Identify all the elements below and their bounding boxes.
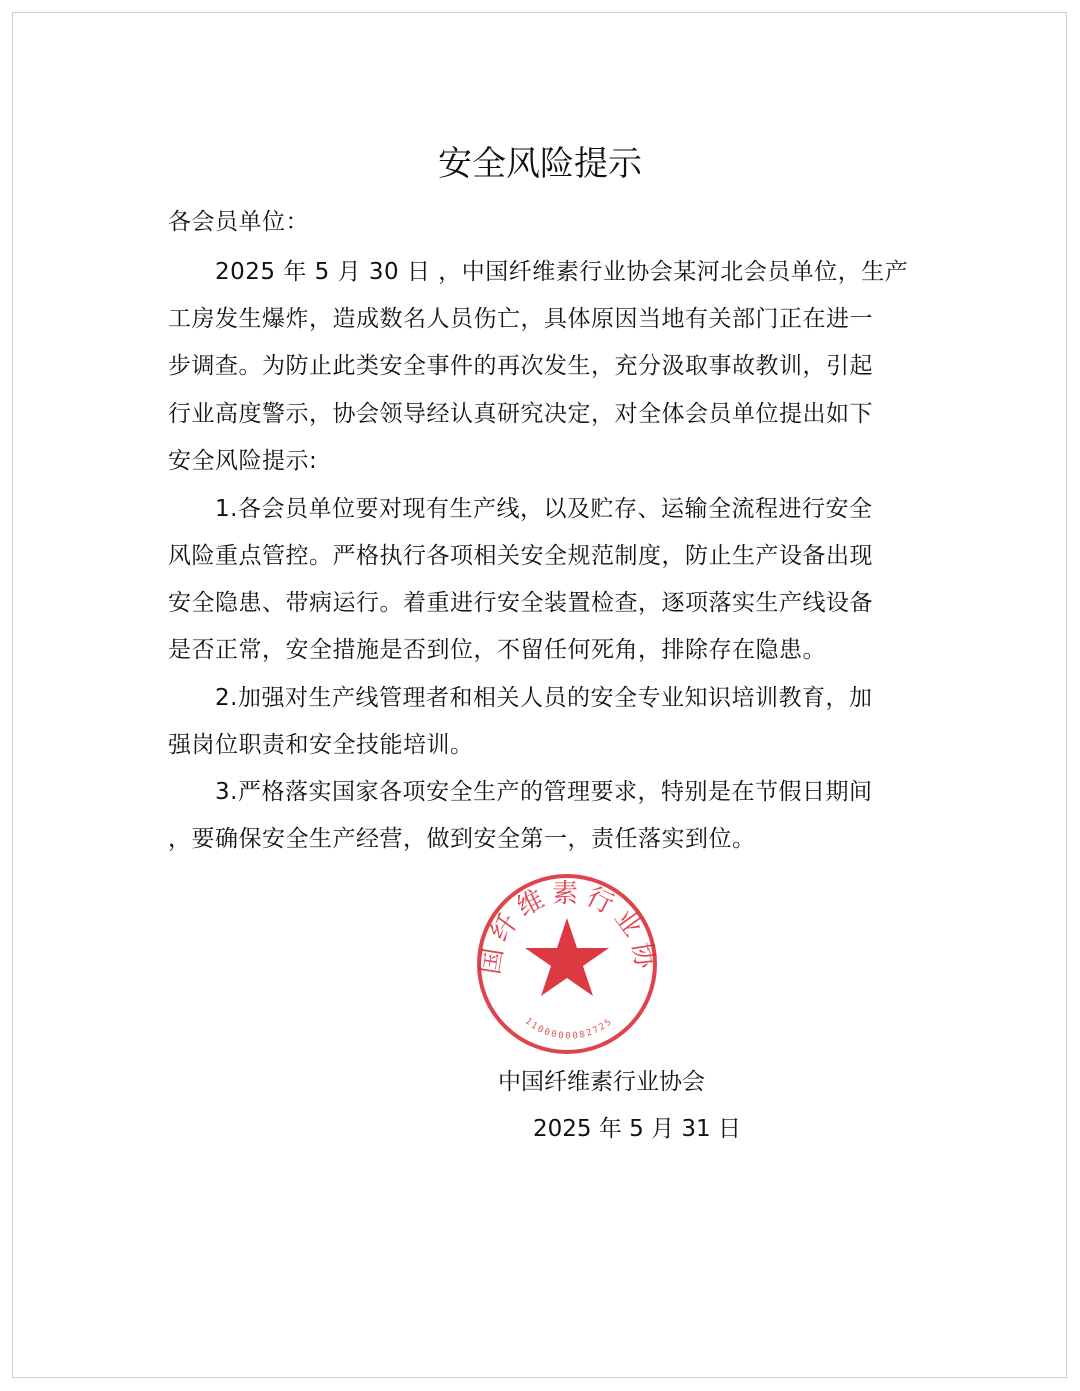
document-title: 安全风险提示 [0, 136, 1080, 185]
salutation: 各会员单位： [168, 203, 309, 236]
item-2-line: 强岗位职责和安全技能培训。 [168, 726, 474, 759]
item-1-line: 是否正常，安全措施是否到位，不留任何死角，排除存在隐患。 [168, 631, 826, 664]
signature-org: 中国纤维素行业协会 [498, 1063, 705, 1096]
item-2-line: 2.加强对生产线管理者和相关人员的安全专业知识培训教育，加 [215, 679, 872, 712]
item-3-line: ，要确保安全生产经营，做到安全第一，责任落实到位。 [168, 820, 756, 853]
item-1-line: 风险重点管控。严格执行各项相关安全规范制度，防止生产设备出现 [168, 537, 873, 570]
paragraph-line: 工房发生爆炸，造成数名人员伤亡，具体原因当地有关部门正在进一 [168, 300, 873, 333]
item-3-line: 3.严格落实国家各项安全生产的管理要求，特别是在节假日期间 [215, 773, 872, 806]
item-1-line: 1.各会员单位要对现有生产线，以及贮存、运输全流程进行安全 [215, 490, 872, 523]
item-1-line: 安全隐患、带病运行。着重进行安全装置检查，逐项落实生产线设备 [168, 584, 873, 617]
official-seal-icon: 中国纤维素行业协会 1100000082725 [473, 870, 661, 1058]
paragraph-line: 安全风险提示: [168, 442, 317, 475]
paragraph-line: 2025 年 5 月 30 日 ，中国纤维素行业协会某河北会员单位，生产 [215, 253, 908, 286]
signature-date: 2025 年 5 月 31 日 [533, 1110, 741, 1143]
paragraph-line: 行业高度警示，协会领导经认真研究决定，对全体会员单位提出如下 [168, 395, 873, 428]
svg-text:1100000082725: 1100000082725 [523, 1016, 615, 1041]
paragraph-line: 步调查。为防止此类安全事件的再次发生，充分汲取事故教训，引起 [168, 347, 873, 380]
